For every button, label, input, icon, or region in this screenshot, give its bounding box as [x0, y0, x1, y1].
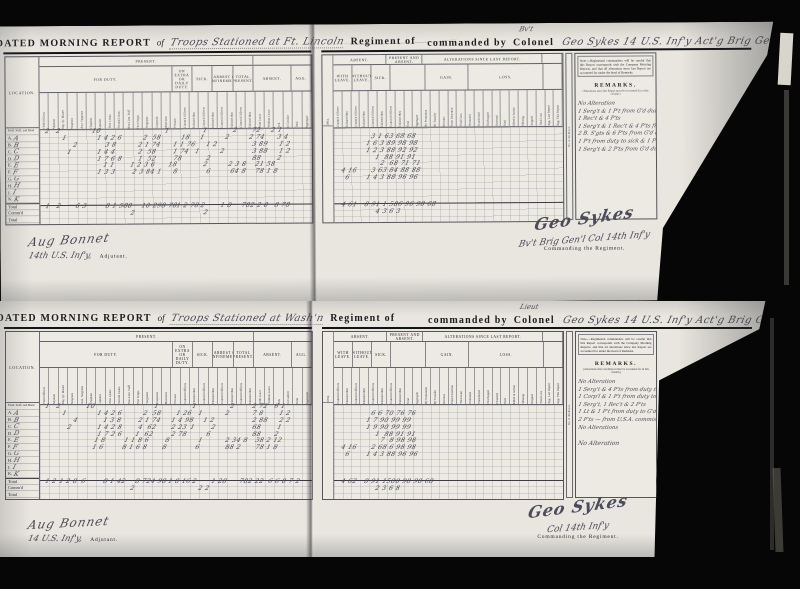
remarks-title: REMARKS. — [578, 82, 654, 88]
handwritten-entry: 1 4 3 88 96 96 — [365, 175, 418, 182]
rotated-column-label: Total Loss — [536, 90, 545, 126]
rotated-column-label: Comm'd Officers — [237, 368, 246, 404]
date-column: 1864. — [323, 332, 334, 499]
printed-note: Note.—Regimental commanders will be care… — [577, 55, 653, 76]
rotated-column-label: Without Leave — [265, 92, 275, 128]
remarks-handwritten: No Alteration1 Serg't & 1 P't from G'd d… — [578, 100, 654, 154]
handwritten-entry: 782 22 — [238, 479, 264, 486]
rotated-column-label: From Desertion — [449, 368, 458, 404]
handwritten-entry: 8 — [161, 445, 167, 452]
handwritten-entry: 1 — [194, 149, 200, 156]
rotated-column-label: Comm'd Officers — [334, 91, 343, 127]
form-title-row: CONSOLIDATED MORNING REPORT of Troops St… — [0, 308, 770, 326]
rotated-column-label: Non-Com. Staff — [124, 93, 134, 129]
rotated-column-label: Comm'd Officers — [199, 92, 209, 128]
rotated-column-label: Musicians — [162, 368, 171, 404]
rotated-column-label: Second Lieuts. — [115, 368, 124, 404]
column-group-label — [543, 54, 563, 63]
handwritten-entry: 10 298 78 — [140, 203, 177, 210]
rotated-column-label: Aggregate — [413, 91, 422, 127]
column-group-row: WITH LEAVE.WITHOUT LEAVE.SICK.GAIN.LOSS. — [334, 342, 563, 368]
rotated-column-label: By Transfer — [431, 368, 440, 404]
morning-report-page-top: CONSOLIDATED MORNING REPORT of Troops St… — [0, 22, 775, 305]
rotated-column-label: Asst. Surgeons — [77, 93, 87, 129]
rotated-header-row: Field OfficersAdjutantReg. Qr. MasterSur… — [40, 368, 312, 405]
handwritten-entry: 8 1 588 — [105, 204, 134, 211]
column-group-label: ALTERATIONS SINCE LAST REPORT. — [423, 332, 543, 341]
rotated-column-label: First Sergts. — [133, 92, 143, 128]
present-table: LOCATION.Field, Staff, and BandA.AB.BC.C… — [4, 54, 313, 225]
handwritten-company-letter: I — [12, 464, 17, 471]
adjutant-signature: Aug Bonnet 14 U.S. Inf'y,Adjutant. — [28, 514, 118, 544]
rotated-column-label: Agg. Last Report — [546, 368, 555, 404]
rotated-column-label: Asst. Surgeons — [78, 368, 87, 404]
adjutant-printed-label: Adjutant. — [90, 537, 118, 543]
rotated-column-label: Agg. This Report — [554, 368, 563, 404]
rotated-header-row: Comm'd OfficersEnlisted MenComm'd Office… — [334, 368, 563, 405]
handwritten-entry: 6 — [205, 432, 211, 439]
rotated-column-label: Aggregate — [302, 91, 312, 127]
remark-line: No Alteration — [577, 379, 655, 387]
rotated-column-label: Dropped — [527, 90, 536, 126]
rotated-column-label: With Leave — [256, 368, 265, 404]
rotated-column-label: Enlisted Men — [190, 368, 199, 404]
page-edge-shadow — [770, 318, 774, 550]
rotated-column-label: Discharged — [484, 368, 493, 404]
report-number-strip: No. of this Report. — [565, 53, 573, 220]
column-group-label — [543, 64, 562, 89]
morning-report-page-bottom: CONSOLIDATED MORNING REPORT of Troops St… — [0, 301, 770, 557]
handwritten-entry: 6 — [345, 452, 351, 459]
alterations-table: 1864.ABSENT.PRESENT AND ABSENT.ALTERATIO… — [322, 331, 564, 500]
column-group-label: PRESENT AND ABSENT. — [386, 55, 422, 64]
remarks-title: REMARKS. — [578, 361, 654, 367]
rotated-column-label: Dropped — [528, 368, 537, 404]
rotated-column-label: Sergeants — [143, 368, 152, 404]
rotated-column-label: By Transfer — [430, 91, 439, 127]
handwritten-entry: 782 2 8 — [241, 203, 270, 210]
rotated-column-label: Corporals — [153, 368, 162, 404]
remarks-extra: No Alteration — [577, 440, 620, 447]
handwritten-entry: 2 — [55, 129, 61, 136]
handwritten-entry: 6 — [205, 169, 211, 176]
rotated-column-label: Enlisted Men — [395, 91, 404, 127]
form-title-left: CONSOLIDATED MORNING REPORT of Troops St… — [0, 31, 416, 52]
remarks-handwritten: No Alteration1 Serg't & 4 P'ts from duty… — [578, 379, 654, 432]
rotated-column-label: Comm'd Officers — [236, 92, 246, 128]
rotated-column-label: Enlisted Men — [208, 92, 218, 128]
handwritten-entry: 1 3 3 — [96, 170, 116, 177]
handwritten-entry: 6 — [194, 445, 200, 452]
commander-name-handwritten: Geo Sykes 14 U.S. Inf'y Act'g Brig Gen'l… — [562, 315, 770, 326]
handwritten-entry: 1 — [199, 135, 205, 142]
column-group-label: IN ARREST OR CONFINEMENT. — [213, 342, 233, 367]
column-group-label: ON EXTRA OR DAILY DUTY. — [173, 342, 193, 367]
table-body-grid: 6 6 70 76 761 7 90 99 991 9 90 99 991 88… — [334, 405, 563, 499]
table-row-label: Total — [6, 491, 39, 498]
column-group-label: SICK. — [371, 65, 390, 90]
rotated-column-label: Without Leave — [265, 368, 274, 404]
rotated-column-label: Enlisted Men — [209, 368, 218, 404]
adjutant-printed-label: Adjutant. — [100, 254, 128, 260]
column-group-label: ABSENT. — [254, 342, 292, 367]
handwritten-entry: 1 4 3 88 96 96 — [365, 452, 418, 459]
rotated-column-label: Surgeons — [68, 368, 77, 404]
handwritten-entry: 2 — [276, 155, 282, 162]
rotated-column-label: Comm'd Officers — [352, 368, 361, 404]
handwritten-entry: 1 — [164, 129, 170, 136]
rotated-column-label: Comm'd Officers — [181, 368, 190, 404]
handwritten-entry: 2 — [224, 135, 230, 142]
rotated-column-label: Adjutant — [49, 93, 59, 129]
rotated-column-label: Total Loss — [537, 368, 546, 404]
rotated-column-label: In Confin't — [283, 92, 293, 128]
rotated-column-label: Comm'd Officers — [218, 92, 228, 128]
rotated-column-label: Enlisted Men — [246, 92, 256, 128]
column-group-label: WITHOUT LEAVE. — [352, 65, 371, 90]
table-row-label: C.C — [6, 423, 39, 430]
handwritten-company-letter: A — [13, 410, 20, 417]
rotated-column-label: Comm'd Officers — [369, 368, 378, 404]
table-row-label: G.G — [6, 451, 39, 458]
rotated-column-label: Comm'd Officers — [387, 368, 396, 404]
rotated-column-label: Comm'd Officers — [180, 92, 190, 128]
rotated-column-label: Aggregate — [413, 368, 422, 404]
handwritten-entry: 2 — [55, 404, 61, 411]
handwritten-entry: 2 — [219, 149, 225, 156]
rotated-column-label: Total — [404, 91, 413, 127]
rotated-column-label: Chaplain — [87, 368, 96, 404]
remark-line: No Alteration — [577, 100, 655, 108]
title-of: of — [157, 37, 164, 47]
handwritten-entry: 1 6 — [91, 445, 104, 452]
adjutant-name: Aug Bonnet — [26, 514, 110, 532]
handwritten-company-letter: D — [13, 430, 20, 437]
rotated-column-label: With Leave — [255, 92, 265, 128]
handwritten-company-letter: K — [13, 471, 20, 478]
location-header: LOCATION. — [6, 332, 39, 403]
remarks-subtitle: (Alterations since last Report must be a… — [578, 368, 654, 374]
rotated-column-label: Enlisted Men — [343, 368, 352, 404]
rank-superscript-handwritten: Bv't — [518, 25, 534, 33]
rotated-column-label: Comm'd Officers — [369, 91, 378, 127]
handwritten-entry: 6 6 8 7 2 — [268, 479, 301, 486]
table-grid: PRESENT.FOR DUTY.ON EXTRA OR DAILY DUTY.… — [40, 332, 312, 499]
rotated-column-label: Sick — [274, 368, 283, 404]
date-header: 1864. — [323, 332, 333, 403]
rotated-column-label: Enlisted Men — [190, 92, 200, 128]
column-group-label: AGG. — [291, 65, 311, 90]
handwritten-entry: 8 1 6 8 — [121, 445, 148, 452]
rotated-header-row: Field OfficersAdjutantReg. Qr. MasterSur… — [40, 91, 312, 130]
handwritten-company-letter: B — [13, 417, 20, 424]
handwritten-entry: 4 62 — [340, 479, 357, 486]
rotated-column-label: First Lieuts. — [105, 93, 115, 129]
column-group-label: ABSENT. — [334, 332, 387, 341]
handwritten-entry: 88 2 — [224, 445, 241, 452]
printed-note: Note.—Regimental commanders will be care… — [578, 334, 654, 355]
handwritten-entry: 4 — [72, 418, 78, 425]
column-group-label: AGG. — [292, 342, 312, 367]
remark-line: 2 P'ts — from U.S.A. commiss'd — [577, 417, 655, 425]
remark-line: 1 Lt & 1 P't from duty to G'd duty — [577, 409, 655, 417]
rotated-column-label: Captains — [96, 93, 106, 129]
remark-line: No Alterations — [577, 425, 655, 433]
rotated-column-label: Corporals — [152, 92, 162, 128]
adjutant-signature: Aug Bonnet 14th U.S. Inf'y,Adjutant. — [28, 231, 127, 262]
rotated-header-row: Comm'd OfficersEnlisted MenComm'd Office… — [334, 90, 563, 128]
report-number-strip: No. of this Report. — [566, 331, 573, 498]
present-table: LOCATION.Field, Staff, and BandA.AB.BC.C… — [5, 331, 313, 500]
column-group-label: FOR DUTY. — [40, 342, 173, 367]
rotated-column-label: Total — [293, 92, 303, 128]
handwritten-entry: 1 8 — [219, 203, 232, 210]
form-title-suffix: Regiment of — [351, 36, 416, 47]
handwritten-entry: 8 78 — [273, 203, 290, 210]
commander-name-handwritten: Geo Sykes 14 U.S. Inf'y Act'g Brig Gen'l… — [561, 35, 775, 48]
rotated-column-label: Captains — [96, 368, 105, 404]
row-label-column: LOCATION.Field, Staff, and BandA.AB.BC.C… — [5, 57, 40, 224]
table-row-label: D.D — [6, 430, 39, 437]
rotated-column-label: Total — [293, 368, 302, 404]
handwritten-company-letter: H — [13, 457, 21, 464]
column-group-label: FOR DUTY. — [39, 66, 172, 92]
colonel-label: Colonel — [513, 37, 554, 48]
handwritten-entry: 1 — [66, 150, 72, 157]
rotated-column-label: Discharged — [483, 90, 492, 126]
column-group-label: ALTERATIONS SINCE LAST REPORT. — [423, 54, 543, 64]
handwritten-entry: 4 3 6 3 — [375, 209, 402, 216]
column-group-label: SICK. — [193, 66, 213, 91]
remarks-subtitle: (Alterations since last Report must be a… — [578, 89, 654, 95]
adjutant-name: Aug Bonnet — [27, 230, 111, 249]
remark-line: 1 Corp'l & 1 P't from duty to G'd duty — [577, 394, 655, 402]
heavy-rule-left — [4, 327, 312, 329]
handwritten-entry: 2 78 — [170, 432, 187, 439]
handwritten-entry: 1 2 8 — [58, 479, 78, 486]
page-edge-sliver — [773, 468, 784, 552]
column-group-label: TOTAL PRESENT. — [234, 342, 254, 367]
rotated-column-label: Died — [501, 90, 510, 126]
rotated-column-label: From Desertion — [448, 91, 457, 127]
handwritten-entry: 2 — [66, 425, 72, 432]
handwritten-entry: 1 2 — [45, 479, 58, 486]
row-label-column: LOCATION.Field, Staff, and BandA.AB.BC.C… — [6, 332, 40, 499]
column-group-label — [254, 332, 312, 341]
handwritten-entry: 78 1 8 — [254, 445, 278, 452]
form-title-left: CONSOLIDATED MORNING REPORT of Troops St… — [0, 308, 395, 326]
handwritten-entry: 2 — [203, 210, 209, 217]
handwritten-entry: 1 — [45, 404, 51, 411]
rotated-column-label: Agg. This Report — [554, 90, 563, 126]
remark-line: 1 Serg't & 2 P'ts from G'd duty to D. S. — [577, 146, 655, 154]
table-row-label: A.A — [6, 410, 39, 417]
rotated-column-label: Sergeants — [143, 92, 153, 128]
rotated-column-label: Comm'd Officers — [199, 368, 208, 404]
rotated-column-label: Total Gain — [457, 368, 466, 404]
rotated-column-label: Non-Com. Staff — [124, 368, 133, 404]
page-edge-shadow — [784, 90, 789, 285]
rotated-column-label: Privates — [171, 368, 180, 404]
table-row-label: Total — [6, 216, 39, 223]
handwritten-entry: 1 8 16 — [167, 479, 191, 486]
handwritten-company-letter: F — [12, 444, 19, 451]
title-of: of — [158, 313, 165, 323]
rotated-column-label: Promoted — [466, 90, 475, 126]
rotated-column-label: Adjutant — [49, 368, 58, 404]
rotated-column-label: First Sergts. — [134, 368, 143, 404]
adjutant-unit: 14 U.S. Inf'y, — [27, 534, 84, 544]
handwritten-entry: 8 — [172, 169, 178, 176]
handwritten-entry: 1 — [61, 411, 67, 418]
handwritten-entry: 2 — [224, 411, 230, 418]
handwritten-entry: 8 724 98 — [134, 479, 167, 486]
column-group-label: ABSENT. — [253, 66, 291, 91]
handwritten-entry: 1 — [61, 136, 67, 143]
handwritten-entry: 2 — [129, 486, 135, 493]
rotated-column-label: Surgeons — [68, 93, 78, 129]
rotated-column-label: By Promotion — [422, 368, 431, 404]
column-group-label — [253, 55, 311, 64]
column-group-label: GAIN. — [426, 342, 469, 367]
rotated-column-label: Agg. Last Report — [545, 90, 554, 126]
colonel-label: Colonel — [514, 315, 555, 326]
table-row-label: I.I — [6, 464, 39, 471]
location-header: LOCATION. — [5, 57, 38, 128]
rotated-column-label: Killed in Action — [510, 368, 519, 404]
table-body-grid: 2210112722 111 4 2 62 5818122 743 423 82… — [40, 128, 313, 224]
form-title-suffix: Regiment of — [330, 313, 395, 324]
rotated-column-label: Died — [501, 368, 510, 404]
rotated-column-label: Transferred — [475, 90, 484, 126]
column-group-label — [543, 332, 563, 341]
column-group-label: ABSENT. — [333, 55, 386, 64]
rotated-column-label: Reg. Qr. Master — [58, 93, 68, 129]
handwritten-entry: 2 3 84 1 — [132, 170, 163, 177]
rotated-column-label: Field Officers — [40, 93, 50, 129]
column-group-row: WITH LEAVE.WITHOUT LEAVE.SICK.GAIN.LOSS. — [333, 64, 562, 91]
rotated-column-label: Field Officers — [40, 368, 49, 404]
page-edge-sliver — [778, 33, 794, 86]
unit-name-handwritten: Troops Stationed at Ft. Lincoln — [168, 36, 345, 49]
commander-signature: Geo Sykes Bv't Brig Gen'l Col 14th Inf'y… — [508, 208, 660, 252]
column-group-label: SICK. — [193, 342, 213, 367]
handwritten-entry: 1 — [189, 425, 195, 432]
column-group-row: ABSENT.PRESENT AND ABSENT.ALTERATIONS SI… — [334, 332, 563, 342]
rotated-column-label: Enlisted Men — [342, 91, 351, 127]
column-group-label: PRESENT AND ABSENT. — [387, 332, 423, 341]
column-group-label: ON EXTRA OR DAILY DUTY. — [172, 66, 192, 91]
handwritten-entry: 64 8 — [230, 169, 247, 176]
table-row-label: K.K — [6, 471, 39, 478]
column-group-label — [544, 342, 563, 367]
table-row-label: Field, Staff, and Band — [6, 403, 39, 410]
rotated-column-label: Enlisted Men — [396, 368, 405, 404]
column-group-label: PRESENT. — [40, 332, 254, 341]
handwritten-entry: 1 — [197, 411, 203, 418]
rotated-column-label: Enlisted Men — [378, 368, 387, 404]
column-group-row: FOR DUTY.ON EXTRA OR DAILY DUTY.SICK.IN … — [39, 65, 311, 93]
handwritten-entry: 2 — [72, 143, 78, 150]
column-group-label: LOSS. — [469, 342, 544, 367]
column-group-label: TOTAL PRESENT. — [233, 66, 253, 91]
date-header: 1864. — [322, 55, 332, 126]
handwritten-entry: 2 — [210, 425, 216, 432]
column-group-label: PRESENT. — [39, 56, 253, 66]
handwritten-entry: 1 2 — [205, 142, 218, 149]
remark-line: 1 P't from duty to sick & 1 P't from sic… — [577, 138, 655, 146]
rotated-column-label: Musicians — [161, 92, 171, 128]
rotated-column-label: Privates — [171, 92, 181, 128]
rotated-column-label: Enlisted Men — [360, 91, 369, 127]
unit-name-handwritten: Troops Stationed at Wash'n — [169, 313, 325, 325]
rotated-column-label: Second Lieuts. — [115, 93, 125, 129]
remarks-box: Note.—Regimental commanders will be care… — [575, 331, 657, 498]
commanded-by-label: commanded by — [428, 315, 508, 326]
remarks-box: Note.—Regimental commanders will be care… — [574, 52, 657, 219]
rotated-column-label: Comm'd Officers — [218, 368, 227, 404]
handwritten-entry: 78 1 8 — [254, 169, 278, 176]
rotated-column-label: Chaplain — [86, 93, 96, 129]
form-title: CONSOLIDATED MORNING REPORT — [0, 313, 152, 324]
handwritten-entry: 1 28 — [210, 479, 227, 486]
handwritten-company-letter: E — [13, 437, 20, 444]
form-title-right: commanded by LieutColonel Geo Sykes 14 U… — [428, 310, 770, 328]
table-body-grid: 3 1 63 68 681 6 3 89 98 981 2 3 88 92 92… — [334, 127, 564, 222]
table-body-grid: 12101122 726 111 4 2 62 581 26127 81 241… — [40, 405, 312, 499]
rank-superscript-handwritten: Lieut — [519, 303, 539, 311]
table-row-label: H.H — [6, 457, 39, 464]
table-grid: PRESENT.FOR DUTY.ON EXTRA OR DAILY DUTY.… — [39, 55, 312, 224]
rotated-column-label: Transferred — [475, 368, 484, 404]
handwritten-company-letter: C — [13, 423, 20, 430]
commanding-printed-label: Commanding the Regiment. — [502, 534, 654, 540]
table-row-label: Total — [6, 478, 39, 485]
rotated-column-label: Total Gain — [457, 91, 466, 127]
rotated-column-label: Promoted — [466, 368, 475, 404]
column-group-label: WITH LEAVE. — [334, 342, 353, 367]
alterations-table: 1864.ABSENT.PRESENT AND ABSENT.ALTERATIO… — [321, 53, 564, 223]
rotated-column-label: First Lieuts. — [106, 368, 115, 404]
rotated-column-label: Comm'd Officers — [386, 91, 395, 127]
rotated-column-label: Missing — [519, 368, 528, 404]
table-grid: ABSENT.PRESENT AND ABSENT.ALTERATIONS SI… — [333, 54, 563, 222]
column-group-label: SICK. — [372, 342, 391, 367]
handwritten-company-letter: G — [13, 451, 20, 458]
rotated-column-label: Recruits — [440, 368, 449, 404]
handwritten-entry: 2 — [44, 129, 50, 136]
column-group-label — [391, 342, 426, 367]
rotated-column-label: Enlisted Men — [378, 91, 387, 127]
remark-line: 1 Rec't & 4 P'ts — [577, 116, 655, 124]
handwritten-entry: 2 2 — [197, 486, 210, 493]
rotated-column-label: Recruits — [439, 91, 448, 127]
handwritten-entry: 2 — [129, 211, 135, 218]
rotated-column-label: Sick — [274, 92, 284, 128]
column-group-label: IN ARREST OR CONFINEMENT. — [213, 66, 233, 91]
commander-signature: Geo Sykes Col 14th Inf'y Commanding the … — [502, 497, 654, 540]
table-row-label: E.E — [6, 437, 39, 444]
rotated-column-label: Total — [405, 368, 414, 404]
form-title: CONSOLIDATED MORNING REPORT — [0, 37, 151, 49]
table-grid: ABSENT.PRESENT AND ABSENT.ALTERATIONS SI… — [334, 332, 563, 499]
handwritten-entry: 2 — [232, 128, 238, 135]
rotated-column-label: Enlisted Men — [360, 368, 369, 404]
handwritten-entry: 2 3 6 8 — [374, 486, 401, 493]
column-group-row: FOR DUTY.ON EXTRA OR DAILY DUTY.SICK.IN … — [40, 342, 312, 368]
handwritten-entry: 6 — [345, 175, 351, 182]
heavy-rule-right — [322, 327, 752, 329]
